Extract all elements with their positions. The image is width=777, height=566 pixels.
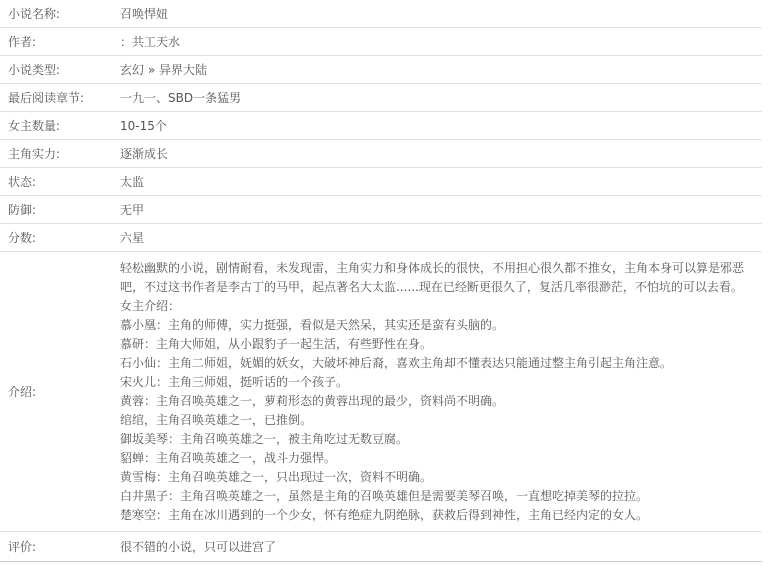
field-value-genre: 玄幻 » 异界大陆	[120, 61, 762, 78]
intro-line: 石小仙：主角二师姐，妩媚的妖女，大破坏神后裔，喜欢主角却不懂表达只能通过整主角引…	[120, 354, 762, 373]
field-value-last-chapter: 一九一、SBD一条猛男	[120, 89, 762, 106]
field-value-status: 太监	[120, 173, 762, 190]
field-row-author: 作者: ：共工天水	[0, 28, 762, 56]
intro-paragraph: 轻松幽默的小说，剧情耐看，未发现雷，主角实力和身体成长的很快，不用担心很久都不推…	[120, 259, 762, 297]
intro-line: 绾绾，主角召唤英雄之一，已推倒。	[120, 411, 762, 430]
intro-line: 宋火儿：主角三师姐，挺听话的一个孩子。	[120, 373, 762, 392]
field-label: 介绍:	[0, 383, 120, 400]
field-value-heroine-count: 10-15个	[120, 117, 762, 134]
field-label: 防御:	[0, 201, 120, 218]
intro-line: 貂蝉：主角召唤英雄之一，战斗力强悍。	[120, 449, 762, 468]
field-row-introduction: 介绍: 轻松幽默的小说，剧情耐看，未发现雷，主角实力和身体成长的很快，不用担心很…	[0, 252, 762, 532]
field-row-novel-name: 小说名称: 召唤悍妞	[0, 0, 762, 28]
field-row-last-chapter: 最后阅读章节: 一九一、SBD一条猛男	[0, 84, 762, 112]
field-label: 评价:	[0, 538, 120, 555]
field-row-heroine-count: 女主数量: 10-15个	[0, 112, 762, 140]
field-value-score: 六星	[120, 229, 762, 246]
novel-info-page: 小说名称: 召唤悍妞 作者: ：共工天水 小说类型: 玄幻 » 异界大陆 最后阅…	[0, 0, 777, 566]
field-label: 最后阅读章节:	[0, 89, 120, 106]
intro-line: 黄雪梅：主角召唤英雄之一，只出现过一次，资料不明确。	[120, 468, 762, 487]
field-row-review: 评价: 很不错的小说，只可以进宫了	[0, 532, 762, 562]
field-value-novel-name: 召唤悍妞	[120, 5, 762, 22]
introduction-text: 轻松幽默的小说，剧情耐看，未发现雷，主角实力和身体成长的很快，不用担心很久都不推…	[120, 252, 762, 531]
field-row-genre: 小说类型: 玄幻 » 异界大陆	[0, 56, 762, 84]
field-value-author: ：共工天水	[120, 33, 762, 50]
field-label: 作者:	[0, 33, 120, 50]
field-value-defense: 无甲	[120, 201, 762, 218]
field-row-protagonist-power: 主角实力: 逐渐成长	[0, 140, 762, 168]
intro-line: 白井黑子：主角召唤英雄之一，虽然是主角的召唤英雄但是需要美琴召唤，一直想吃掉美琴…	[120, 487, 762, 506]
intro-line: 黄蓉：主角召唤英雄之一，萝莉形态的黄蓉出现的最少，资料尚不明确。	[120, 392, 762, 411]
intro-line: 御坂美琴：主角召唤英雄之一，被主角吃过无数豆腐。	[120, 430, 762, 449]
field-value-review: 很不错的小说，只可以进宫了	[120, 538, 762, 555]
intro-line: 慕小凰：主角的师傅，实力挺强，看似是天然呆，其实还是蛮有头脑的。	[120, 316, 762, 335]
field-label: 小说类型:	[0, 61, 120, 78]
intro-heroines-heading: 女主介绍：	[120, 297, 762, 316]
intro-line: 楚寒空：主角在冰川遇到的一个少女，怀有绝症九阴绝脉，获救后得到神性，主角已经内定…	[120, 506, 762, 525]
field-row-status: 状态: 太监	[0, 168, 762, 196]
field-value-protagonist-power: 逐渐成长	[120, 145, 762, 162]
field-row-score: 分数: 六星	[0, 224, 762, 252]
field-row-defense: 防御: 无甲	[0, 196, 762, 224]
field-label: 主角实力:	[0, 145, 120, 162]
field-label: 分数:	[0, 229, 120, 246]
intro-line: 慕研：主角大师姐，从小跟豹子一起生活，有些野性在身。	[120, 335, 762, 354]
field-label: 女主数量:	[0, 117, 120, 134]
novel-info-table: 小说名称: 召唤悍妞 作者: ：共工天水 小说类型: 玄幻 » 异界大陆 最后阅…	[0, 0, 762, 562]
field-label: 状态:	[0, 173, 120, 190]
field-label: 小说名称:	[0, 5, 120, 22]
